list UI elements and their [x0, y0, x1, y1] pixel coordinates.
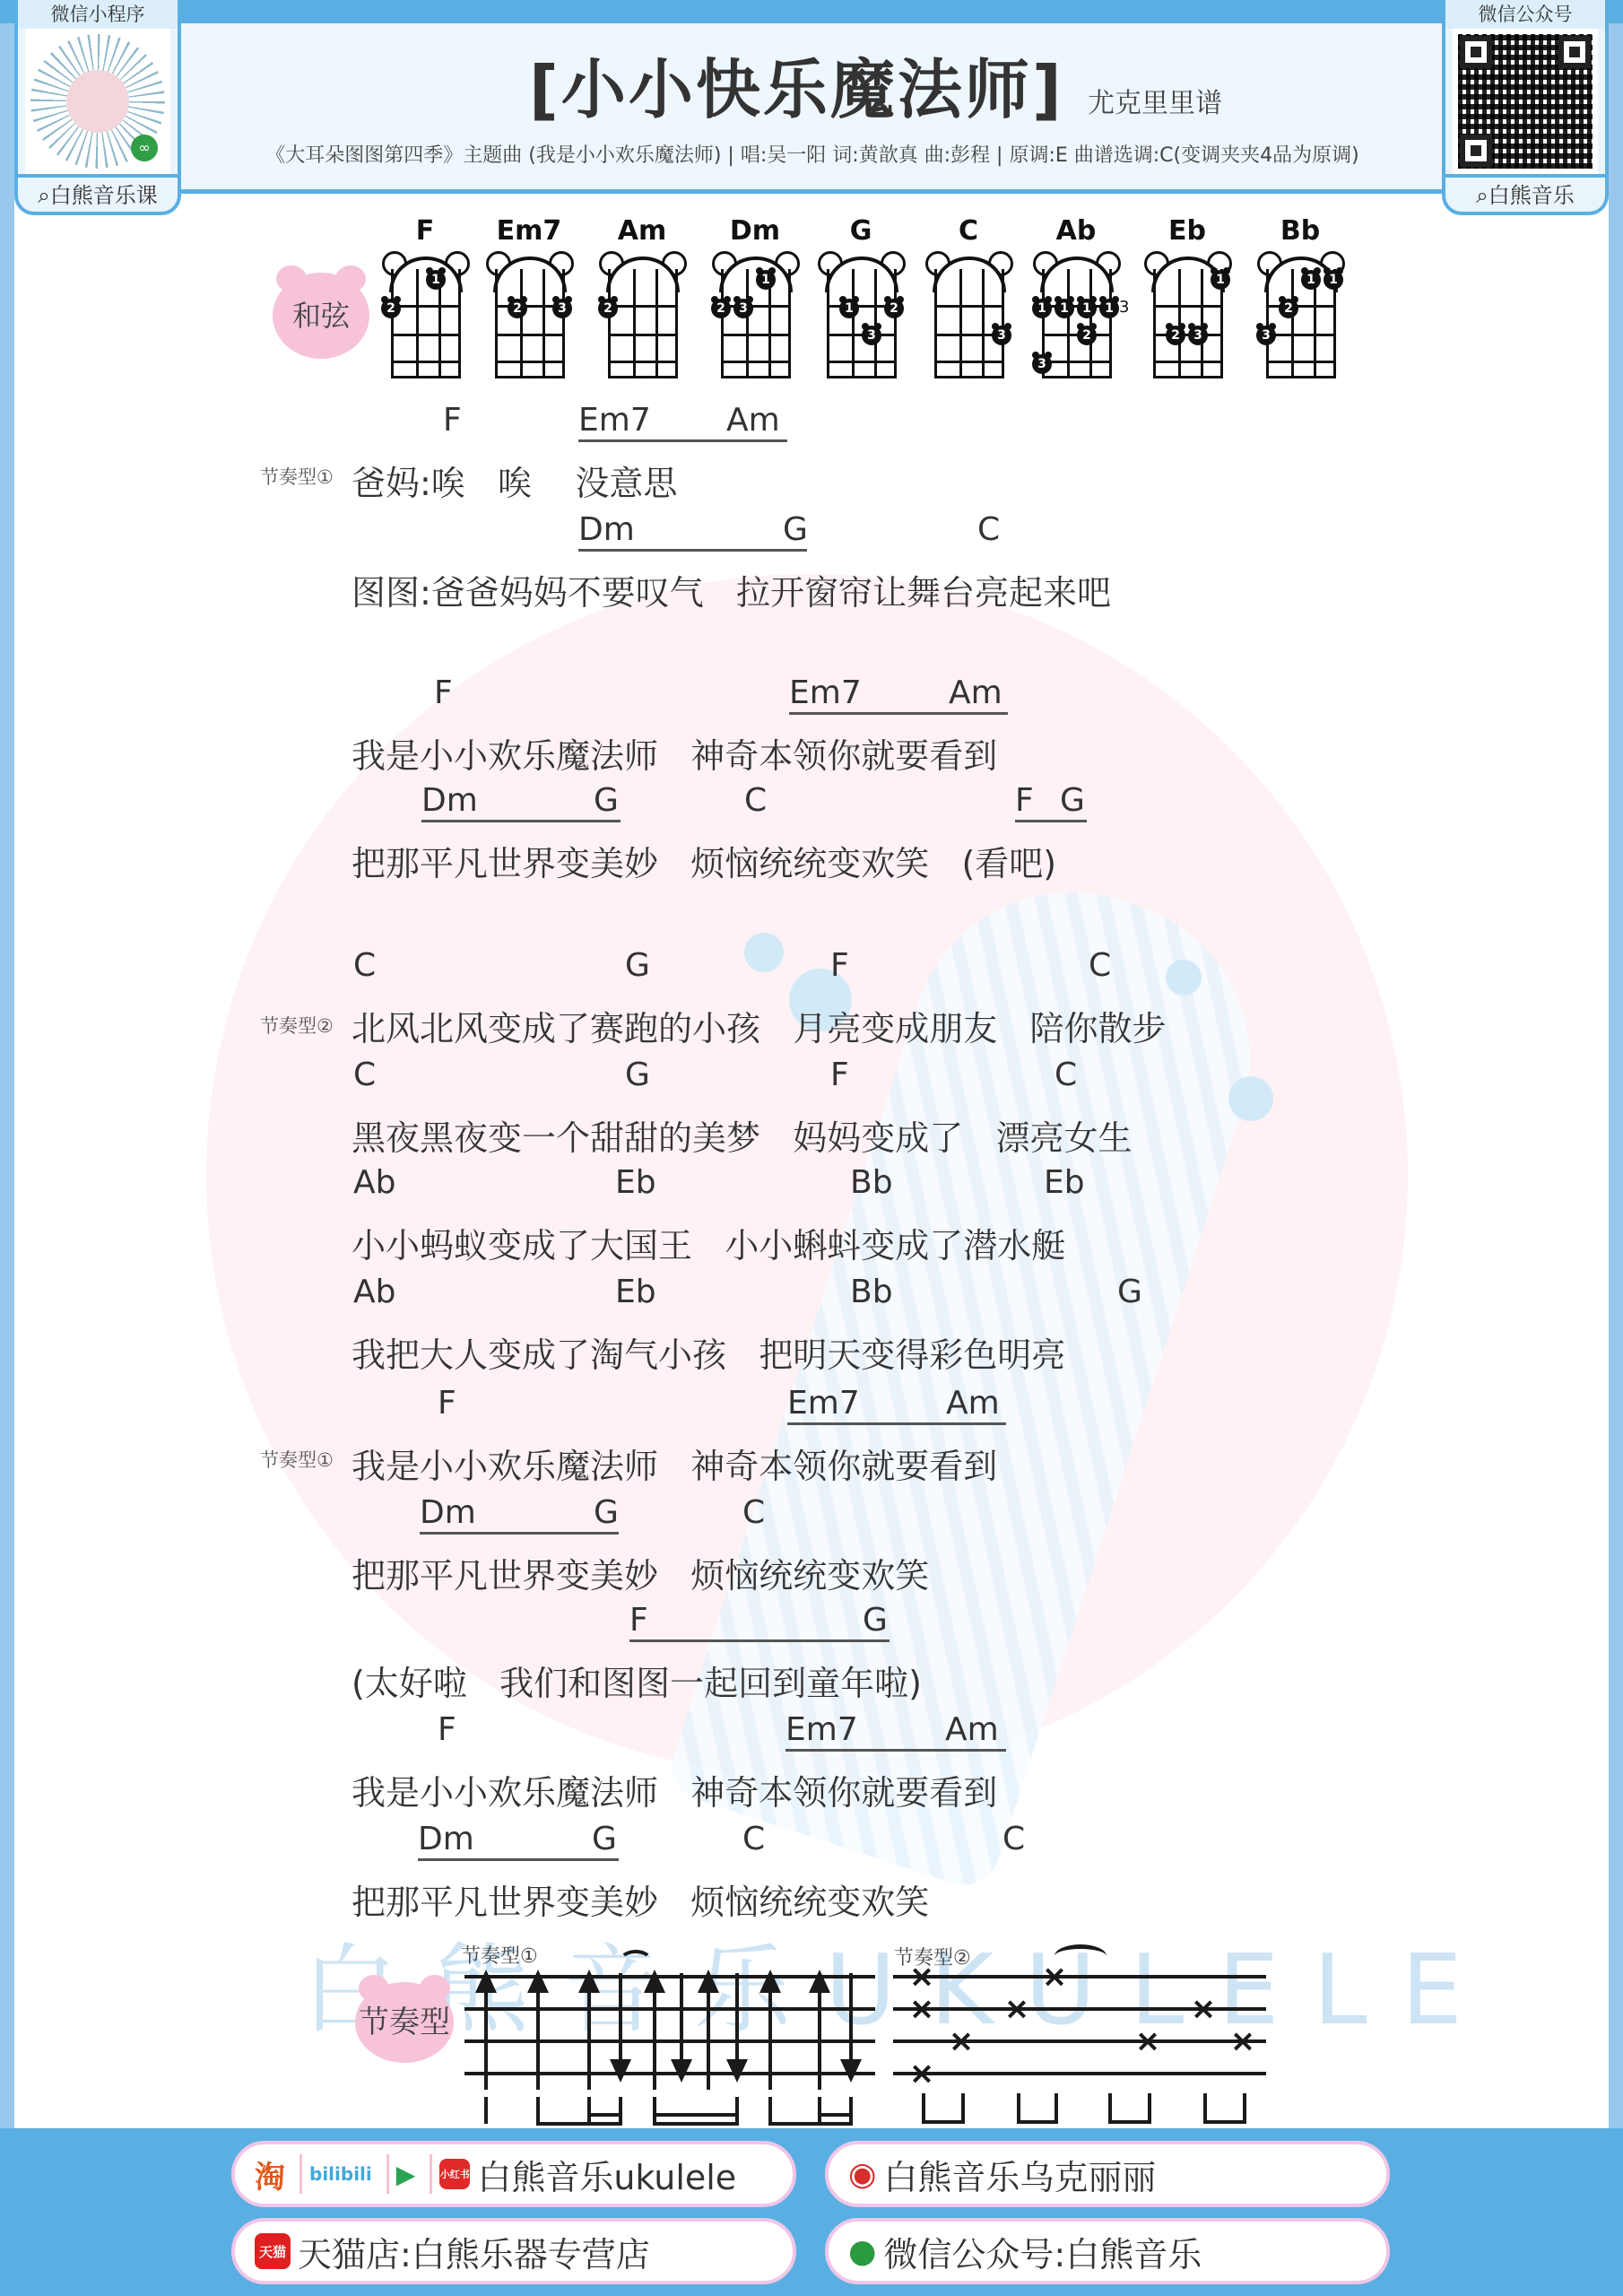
finger-dot: 2 [508, 299, 527, 318]
pattern1-label: 节奏型① [461, 1941, 538, 1969]
lyric-line: 小小蚂蚁变成了大国王 小小蝌蚪变成了潜水艇 [352, 1218, 1065, 1267]
rhythm-tag: 节奏型① [260, 1446, 334, 1473]
chord-symbol: Ab [353, 1164, 395, 1201]
stroke-stem [484, 1984, 488, 2090]
fretboard: 123 [825, 248, 898, 378]
chord-symbol: G [783, 511, 808, 548]
chord-diagram: F21 [380, 215, 470, 378]
footer: 淘 bilibili ▶ 小红书 白熊音乐ukulele ◉ 白熊音乐乌克丽丽 … [0, 2128, 1623, 2296]
tmall-label: 天猫店:白熊乐器专营店 [298, 2227, 650, 2276]
chord-symbol: Bb [850, 1164, 893, 1201]
pluck-x-icon: × [1229, 2026, 1256, 2057]
chord-line: CGFC [0, 1057, 1623, 1096]
social-label: 白熊音乐ukulele [477, 2150, 736, 2199]
chord-symbol: G [594, 1494, 619, 1531]
qr-finder [1460, 36, 1492, 68]
chord-diagram: G123 [816, 215, 906, 378]
chord-symbol: C [742, 1821, 765, 1857]
chord-symbol: C [977, 511, 1000, 548]
chord-line: FEm7Am [0, 674, 1623, 714]
fretboard: 23 [493, 248, 567, 378]
chord-symbol: C [1055, 1057, 1077, 1093]
chord-diagram: Em723 [484, 215, 574, 378]
finger-dot: 1 [1032, 299, 1052, 318]
note-beam-secondary [587, 2113, 622, 2117]
stroke-stem [818, 1984, 821, 2090]
miniprogram-caption: 微信小程序 [18, 0, 178, 29]
strum-up-arrow-icon [809, 1970, 830, 1993]
note-stem [653, 2097, 656, 2126]
chord-symbol: C [353, 1057, 376, 1093]
lyric-line: 我是小小欢乐魔法师 神奇本领你就要看到 [352, 1765, 997, 1814]
chord-symbol: G [594, 782, 619, 819]
chord-group-underline [578, 549, 807, 552]
chord-diagram: C3 [924, 215, 1013, 378]
strum-down-arrow-icon [671, 2059, 692, 2083]
chord-name: G [816, 215, 906, 248]
strum-up-arrow-icon [578, 1970, 600, 1993]
finger-dot: 1 [839, 299, 859, 318]
finger-dot: 3 [992, 326, 1011, 345]
lyric-line: 图图:爸爸妈妈不要叹气 拉开窗帘让舞台亮起来吧 [352, 565, 1111, 614]
finger-dot: 1 [1099, 299, 1119, 318]
chord-line: DmGCC [0, 1821, 1623, 1860]
fret-grid [721, 269, 791, 378]
chord-diagram: Eb123 [1142, 215, 1232, 378]
tie-icon [619, 1950, 653, 1973]
chord-line: AbEbBbG [0, 1274, 1623, 1313]
note-beam [1108, 2120, 1151, 2124]
note-stem [961, 2093, 965, 2124]
chord-name: Bb [1255, 215, 1345, 248]
chord-group-underline [785, 1749, 1006, 1752]
note-stem [922, 2093, 925, 2124]
chord-symbol: Am [949, 674, 1002, 711]
rhythm-label-badge: 节奏型 [355, 1982, 454, 2063]
tmall-pill[interactable]: 天猫 天猫店:白熊乐器专营店 [231, 2218, 796, 2284]
note-stem [1017, 2093, 1020, 2124]
chord-symbol: C [744, 782, 767, 819]
top-frame-bar [0, 0, 1623, 23]
chord-symbol: C [742, 1494, 765, 1531]
finger-dot: 3 [552, 299, 572, 318]
song-meta: 《大耳朵图图第四季》主题曲 (我是小小欢乐魔法师) | 唱:吴一阳 词:黄歆真 … [188, 140, 1436, 168]
finger-dot: 3 [1032, 354, 1052, 374]
pluck-x-icon: × [908, 2058, 935, 2089]
wechat-pill[interactable]: ● 微信公众号:白熊音乐 [825, 2218, 1390, 2284]
wechat-label: 微信公众号:白熊音乐 [883, 2227, 1202, 2276]
pluck-x-icon: × [1134, 2026, 1161, 2057]
tmall-icon: 天猫 [255, 2233, 291, 2269]
weibo-icon: ◉ [848, 2156, 876, 2193]
chord-name: Eb [1142, 215, 1232, 248]
finger-dot: 2 [711, 299, 731, 318]
note-stem [1148, 2093, 1151, 2124]
finger-dot: 1 [1324, 270, 1343, 290]
rhythm-tag: 节奏型① [260, 463, 334, 490]
strum-down-arrow-icon [726, 2059, 748, 2083]
stroke-stem [707, 1984, 710, 2090]
note-stem [1243, 2093, 1246, 2124]
chord-symbol: Em7 [785, 1711, 858, 1748]
strum-up-arrow-icon [475, 1970, 497, 1993]
chord-symbol: G [592, 1821, 617, 1857]
weibo-label: 白熊音乐乌克丽丽 [883, 2150, 1156, 2199]
string-line [464, 2072, 875, 2075]
chord-symbol: F [830, 1057, 849, 1093]
search-icon: ⌕ [1476, 183, 1488, 208]
chord-line: CGFC [0, 947, 1623, 987]
chord-line: DmGC [0, 511, 1623, 551]
string-line [893, 2072, 1266, 2075]
chord-name: F [380, 215, 470, 248]
chord-diagram: Am2 [597, 215, 687, 378]
finger-dot: 2 [1279, 299, 1298, 318]
chord-symbol: Em7 [789, 674, 862, 711]
chord-symbol: Dm [420, 1494, 476, 1531]
chord-symbol: C [353, 947, 376, 984]
chord-symbol: F [1015, 782, 1034, 819]
note-beam [1017, 2120, 1058, 2124]
bilibili-icon: bilibili [309, 2163, 372, 2185]
note-beam-secondary [653, 2113, 739, 2117]
divider [299, 2154, 302, 2194]
weibo-pill[interactable]: ◉ 白熊音乐乌克丽丽 [825, 2141, 1390, 2207]
strum-up-arrow-icon [759, 1970, 781, 1993]
chord-name: Dm [710, 215, 800, 248]
finger-dot: 3 [1188, 326, 1208, 345]
chord-symbol: Eb [615, 1274, 656, 1310]
chord-symbol: F [629, 1602, 648, 1639]
chord-symbol: Eb [1044, 1164, 1085, 1201]
pluck-x-icon: × [1003, 1994, 1030, 2024]
start-fret-label: 3 [1119, 298, 1129, 317]
finger-dot: 3 [1256, 326, 1276, 345]
note-stem [1203, 2093, 1207, 2124]
lyric-line: 爸妈:唉 唉 没意思 [352, 456, 677, 505]
official-account-caption: 微信公众号 [1445, 0, 1605, 29]
taobao-icon: 淘 [255, 2152, 285, 2196]
title-suffix: 尤克里里谱 [1088, 81, 1222, 120]
chord-group-underline [578, 439, 787, 442]
chords-label-badge: 和弦 [273, 273, 369, 359]
pluck-x-icon: × [908, 1994, 935, 2024]
tie-icon [1055, 1944, 1107, 1968]
stroke-stem [653, 1984, 656, 2090]
chord-symbol: Eb [615, 1164, 656, 1201]
chord-group-underline [629, 1639, 890, 1642]
miniprogram-search: ⌕白熊音乐课 [18, 174, 178, 212]
string-line [464, 2039, 875, 2043]
rhythm-tag: 节奏型② [260, 1012, 334, 1039]
string-line [893, 1975, 1266, 1979]
strum-up-arrow-icon [527, 1970, 549, 1993]
note-beam [1203, 2120, 1246, 2124]
xiaohongshu-icon: 小红书 [439, 2159, 470, 2189]
finger-dot: 2 [1166, 326, 1185, 345]
chord-group-underline [789, 712, 1008, 715]
search-icon: ⌕ [38, 183, 49, 208]
chord-name: C [924, 215, 1013, 248]
chord-line: FEm7Am [0, 1711, 1623, 1751]
chord-symbol: Dm [421, 782, 478, 819]
chord-symbol: Am [945, 1711, 999, 1748]
string-line [464, 2007, 875, 2011]
chord-group-underline [418, 1858, 619, 1861]
finger-dot: 1 [1055, 299, 1074, 318]
note-stem [818, 2097, 821, 2126]
chord-diagram: Bb1123 [1255, 215, 1345, 378]
fretboard: 1111233 [1040, 248, 1114, 378]
finger-dot: 2 [598, 299, 618, 318]
chord-name: Ab [1031, 215, 1121, 248]
chord-name: Em7 [484, 215, 574, 248]
video-play-icon: ▶ [396, 2160, 416, 2189]
chord-symbol: Dm [578, 511, 635, 548]
chord-line: DmGC [0, 1494, 1623, 1534]
chord-symbol: G [625, 947, 650, 984]
chord-group-underline [1015, 820, 1087, 822]
chord-symbol: Em7 [578, 402, 651, 439]
chord-symbol: F [443, 402, 462, 439]
social-platforms-pill[interactable]: 淘 bilibili ▶ 小红书 白熊音乐ukulele [231, 2141, 796, 2207]
chord-line: FEm7Am [0, 402, 1623, 441]
fretboard: 1123 [1264, 248, 1338, 378]
chord-group-underline [421, 820, 621, 822]
note-beam-secondary [818, 2113, 853, 2117]
finger-dot: 2 [884, 299, 904, 318]
finger-dot: 1 [426, 270, 446, 290]
miniprogram-code[interactable]: ∞ [25, 29, 170, 174]
chord-group-underline [787, 1422, 1006, 1425]
fretboard: 231 [719, 248, 793, 378]
song-title: [小小快乐魔法师] [529, 38, 1064, 131]
chord-diagram: Dm231 [710, 215, 800, 378]
fret-grid [495, 269, 565, 378]
chord-symbol: Ab [353, 1274, 395, 1310]
fretboard: 2 [606, 248, 680, 378]
lyric-line: (太好啦 我们和图图一起回到童年啦) [352, 1656, 922, 1705]
lyric-line: 把那平凡世界变美妙 烦恼统统变欢笑 (看吧) [352, 836, 1056, 885]
fret-grid [608, 269, 678, 378]
chord-symbol: F [438, 1711, 456, 1748]
chord-line: AbEbBbEb [0, 1164, 1623, 1204]
wechat-icon: ● [848, 2233, 876, 2270]
divider [386, 2154, 389, 2194]
finger-dot: 2 [1077, 326, 1097, 345]
chord-group-underline [420, 1532, 619, 1535]
note-beam [653, 2122, 739, 2126]
chord-line: FEm7Am [0, 1385, 1623, 1424]
chord-diagram: Ab1111233 [1031, 215, 1121, 378]
fretboard: 21 [389, 248, 463, 378]
chord-line: DmGCFG [0, 782, 1623, 822]
stroke-stem [587, 1984, 591, 2090]
note-stem [1108, 2093, 1112, 2124]
note-stem [587, 2097, 591, 2126]
divider [430, 2154, 432, 2194]
chord-symbol: C [1089, 947, 1111, 984]
pluck-x-icon: × [1190, 1994, 1217, 2024]
chord-symbol: G [863, 1602, 888, 1639]
strum-down-arrow-icon [840, 2059, 862, 2083]
lyric-line: 我是小小欢乐魔法师 神奇本领你就要看到 [352, 1439, 997, 1488]
finger-dot: 2 [381, 299, 401, 318]
qr-code[interactable] [1453, 29, 1598, 174]
chord-symbol: G [625, 1057, 650, 1093]
official-account-card[interactable]: 微信公众号 ⌕白熊音乐 [1442, 0, 1609, 215]
qr-finder [1558, 36, 1591, 68]
chord-symbol: G [1060, 782, 1085, 819]
finger-dot: 1 [1077, 299, 1097, 318]
chord-symbol: G [1117, 1274, 1142, 1310]
miniprogram-link-icon: ∞ [131, 135, 158, 161]
lyric-line: 我把大人变成了淘气小孩 把明天变得彩色明亮 [352, 1327, 1065, 1377]
note-stem [484, 2097, 488, 2124]
pluck-x-icon: × [908, 1961, 935, 1992]
lyric-line: 黑夜黑夜变一个甜甜的美梦 妈妈变成了 漂亮女生 [352, 1110, 1132, 1160]
chord-symbol: Am [946, 1385, 1000, 1422]
stroke-stem [536, 1984, 540, 2090]
chord-symbol: Am [726, 402, 780, 439]
fretboard: 123 [1151, 248, 1225, 378]
lyric-line: 我是小小欢乐魔法师 神奇本领你就要看到 [352, 728, 997, 778]
stroke-stem [768, 1984, 772, 2090]
chord-symbol: F [830, 947, 849, 984]
note-beam [922, 2120, 965, 2124]
official-account-search: ⌕白熊音乐 [1445, 174, 1605, 212]
note-beam [536, 2122, 622, 2126]
miniprogram-card[interactable]: 微信小程序 ∞ ⌕白熊音乐课 [14, 0, 181, 215]
lyric-line: 北风北风变成了赛跑的小孩 月亮变成朋友 陪你散步 [352, 1001, 1166, 1050]
chord-symbol: Bb [850, 1274, 893, 1310]
fretboard: 3 [933, 248, 1006, 378]
fret-grid [391, 269, 461, 378]
finger-dot: 1 [1301, 270, 1321, 290]
note-beam [768, 2122, 853, 2126]
finger-dot: 3 [862, 326, 881, 345]
chord-symbol: Em7 [787, 1385, 860, 1422]
strum-down-arrow-icon [610, 2059, 631, 2083]
strum-up-arrow-icon [698, 1970, 719, 1993]
note-stem [1055, 2093, 1058, 2124]
chord-name: Am [597, 215, 687, 248]
finger-dot: 1 [1211, 270, 1230, 290]
chord-symbol: Dm [418, 1821, 474, 1857]
chord-symbol: F [434, 674, 453, 711]
pluck-x-icon: × [948, 2026, 975, 2057]
chord-symbol: F [438, 1385, 456, 1422]
chord-symbol: C [1002, 1821, 1025, 1857]
chord-line: FG [0, 1602, 1623, 1641]
lyric-line: 把那平凡世界变美妙 烦恼统统变欢笑 [352, 1548, 929, 1597]
finger-dot: 3 [733, 299, 753, 318]
finger-dot: 1 [756, 270, 776, 290]
qr-finder [1460, 135, 1492, 167]
